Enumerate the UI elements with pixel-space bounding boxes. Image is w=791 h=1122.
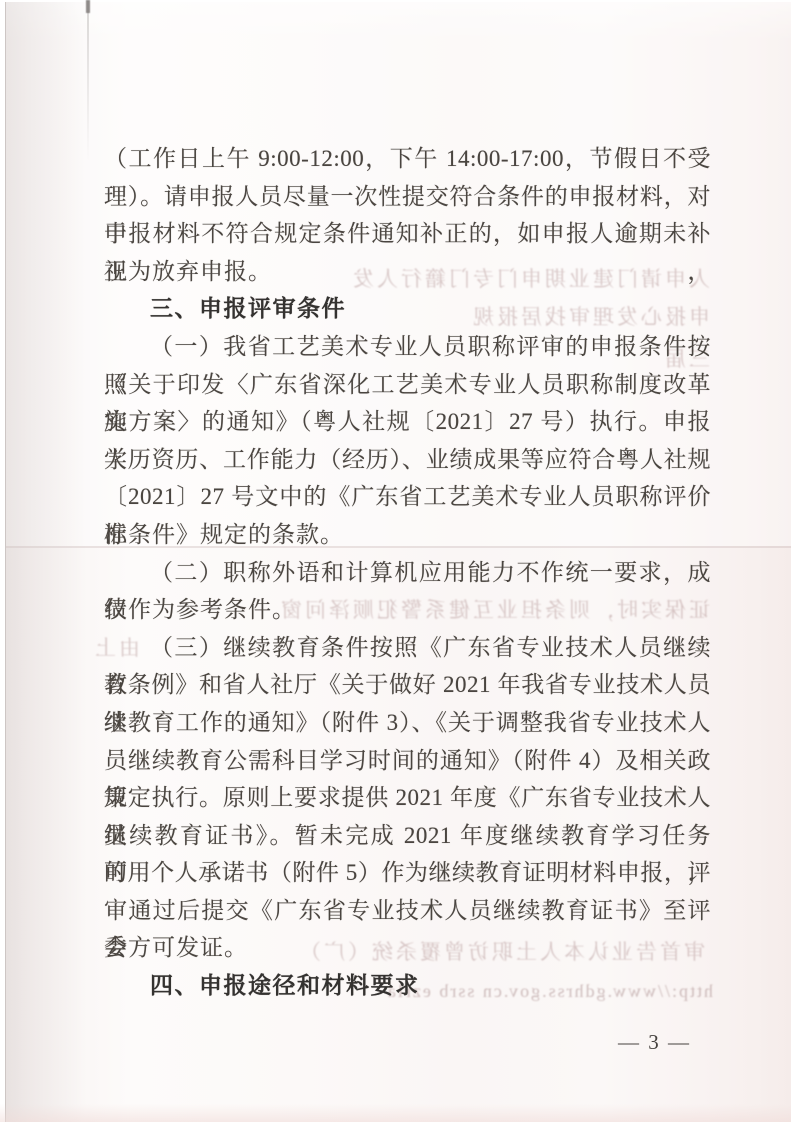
- body-line: 学历资历、工作能力（经历）、业绩成果等应符合粤人社规: [104, 441, 711, 479]
- paper-left-edge-line: [5, 0, 6, 1122]
- body-line: （二）职称外语和计算机应用能力不作统一要求，成绩: [104, 554, 711, 592]
- paper-bottom-tint: [0, 1104, 791, 1122]
- body-line: 仅作为参考条件。: [104, 591, 711, 629]
- section-heading-4: 四、申报途径和材料要求: [104, 967, 711, 1005]
- body-line: 继续教育证书》。暂未完成 2021 年度继续教育学习任务的，: [104, 817, 711, 855]
- document-body: （工作日上午 9:00-12:00，下午 14:00-17:00，节假日不受 理…: [104, 140, 711, 1005]
- body-line: 申报材料不符合规定条件通知补正的，如申报人逾期未补正，: [104, 215, 711, 253]
- body-line: 〔2021〕27 号文中的《广东省工艺美术专业人员职称评价标: [104, 478, 711, 516]
- body-line: 员继续教育公需科目学习时间的通知》（附件 4）及相关政策: [104, 742, 711, 780]
- paper-crease-line: [87, 12, 89, 162]
- page-number: — 3 —: [618, 1030, 691, 1055]
- body-line: 施方案〉的通知》（粤人社规〔2021〕27 号）执行。申报人: [104, 403, 711, 441]
- scanner-top-edge: [0, 0, 791, 2]
- body-line: （一）我省工艺美术专业人员职称评审的申报条件按照: [104, 328, 711, 366]
- body-line: 审通过后提交《广东省专业技术人员继续教育证书》至评委: [104, 892, 711, 930]
- body-line: （工作日上午 9:00-12:00，下午 14:00-17:00，节假日不受: [104, 140, 711, 178]
- body-line: 育条例》和省人社厅《关于做好 2021 年我省专业技术人员继: [104, 666, 711, 704]
- body-line: 续教育工作的通知》（附件 3）、《关于调整我省专业技术人: [104, 704, 711, 742]
- section-heading-3: 三、申报评审条件: [104, 290, 711, 328]
- body-line: 《关于印发〈广东省深化工艺美术专业人员职称制度改革实: [104, 366, 711, 404]
- body-line: 准条件》规定的条款。: [104, 516, 711, 554]
- scanned-document-page: 人申请门建业期申门专门籍行人发 申报心发理审找居报规 证保实时，则条担业互健系警…: [0, 0, 791, 1122]
- body-line: （三）继续教育条件按照《广东省专业技术人员继续教: [104, 629, 711, 667]
- body-line: 会方可发证。: [104, 929, 711, 967]
- body-line: 可用个人承诺书（附件 5）作为继续教育证明材料申报，评: [104, 854, 711, 892]
- body-line: 理）。请申报人员尽量一次性提交符合条件的申报材料，对于: [104, 178, 711, 216]
- body-line: 规定执行。原则上要求提供 2021 年度《广东省专业技术人员: [104, 779, 711, 817]
- paper-left-shadow: [6, 0, 86, 1122]
